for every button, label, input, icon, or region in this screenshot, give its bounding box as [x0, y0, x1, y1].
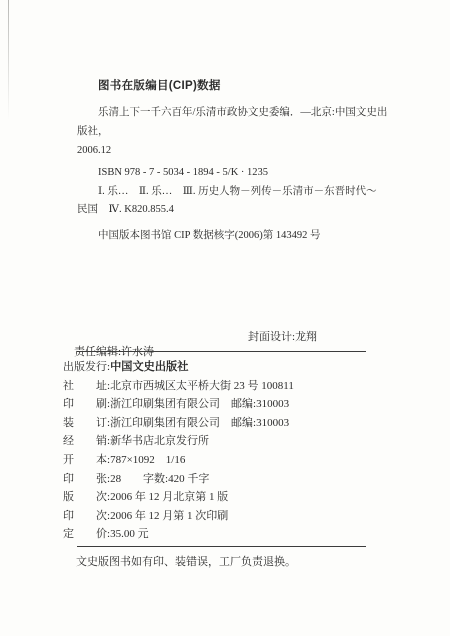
pub-row-distributor: 经 销:新华书店北京发行所 [63, 432, 398, 451]
cover-design-label: 封面设计: [248, 331, 295, 343]
pub-value: 浙江印刷集团有限公司 邮编:310003 [110, 417, 289, 429]
publication-info-block: 出版发行:中国文史出版社 社 址:北京市西城区太平桥大街 23 号 100811… [63, 358, 398, 544]
pub-row-price: 定 价:35.00 元 [63, 525, 398, 544]
classification-line-2: 民国 Ⅳ. K820.855.4 [77, 201, 397, 220]
pub-value: 北京市西城区太平桥大街 23 号 100811 [110, 380, 294, 392]
scanned-page-edge [8, 0, 9, 120]
pub-row-publisher: 出版发行:中国文史出版社 [63, 358, 398, 377]
pub-label: 版 次: [63, 491, 110, 503]
pub-row-binder: 装 订:浙江印刷集团有限公司 邮编:310003 [63, 414, 398, 433]
pub-label: 印 次: [63, 510, 110, 522]
pub-value: 2006 年 12 月第 1 次印刷 [110, 510, 228, 522]
pub-value: 28 字数:420 千字 [110, 473, 209, 485]
pub-row-address: 社 址:北京市西城区太平桥大街 23 号 100811 [63, 377, 398, 396]
classification-line-1: Ⅰ. 乐… Ⅱ. 乐… Ⅲ. 历史人物－列传－乐清市－东晋时代～ [77, 183, 397, 202]
pub-label: 开 本: [63, 454, 110, 466]
cover-design-credit: 封面设计:龙翔 [248, 330, 317, 345]
pub-value: 2006 年 12 月北京第 1 版 [110, 491, 228, 503]
cip-entry-line-1: 乐清上下一千六百年/乐清市政协文史委编．—北京:中国文史出版社， [77, 103, 397, 141]
cip-entry-line-2: 2006.12 [77, 141, 397, 160]
divider-top [77, 351, 366, 352]
pub-label: 印 张: [63, 473, 110, 485]
pub-row-printer: 印 刷:浙江印刷集团有限公司 邮编:310003 [63, 395, 398, 414]
pub-label: 定 价: [63, 528, 110, 540]
pub-row-format: 开 本:787×1092 1/16 [63, 451, 398, 470]
editor-credit: 责任编辑:许水涛 [74, 346, 154, 358]
pub-value: 35.00 元 [110, 528, 149, 540]
pub-label: 印 刷: [63, 398, 110, 410]
pub-value: 新华书店北京发行所 [110, 435, 209, 447]
editor-name: 许水涛 [121, 346, 154, 358]
pub-label: 经 销: [63, 435, 110, 447]
pub-row-edition: 版 次:2006 年 12 月北京第 1 版 [63, 488, 398, 507]
editor-label: 责任编辑: [74, 346, 121, 358]
pub-row-impression: 印 次:2006 年 12 月第 1 次印刷 [63, 507, 398, 526]
isbn-line: ISBN 978 - 7 - 5034 - 1894 - 5/K · 1235 [77, 164, 397, 183]
publisher-name: 中国文史出版社 [110, 361, 188, 373]
pub-label: 装 订: [63, 417, 110, 429]
pub-label: 社 址: [63, 380, 110, 392]
cover-designer-name: 龙翔 [295, 331, 317, 343]
book-copyright-page: 图书在版编目(CIP)数据 乐清上下一千六百年/乐清市政协文史委编．—北京:中国… [0, 0, 450, 636]
cip-registry-line: 中国版本图书馆 CIP 数据核字(2006)第 143492 号 [77, 227, 397, 246]
divider-bottom [77, 546, 366, 547]
pub-label: 出版发行: [63, 361, 110, 373]
returns-notice: 文史版图书如有印、装错误，工厂负责退换。 [76, 554, 406, 570]
cip-header: 图书在版编目(CIP)数据 [98, 78, 397, 94]
pub-value: 浙江印刷集团有限公司 邮编:310003 [110, 398, 289, 410]
cip-data-block: 图书在版编目(CIP)数据 乐清上下一千六百年/乐清市政协文史委编．—北京:中国… [77, 78, 397, 245]
pub-row-sheets: 印 张:28 字数:420 千字 [63, 470, 398, 489]
pub-value: 787×1092 1/16 [110, 454, 185, 466]
